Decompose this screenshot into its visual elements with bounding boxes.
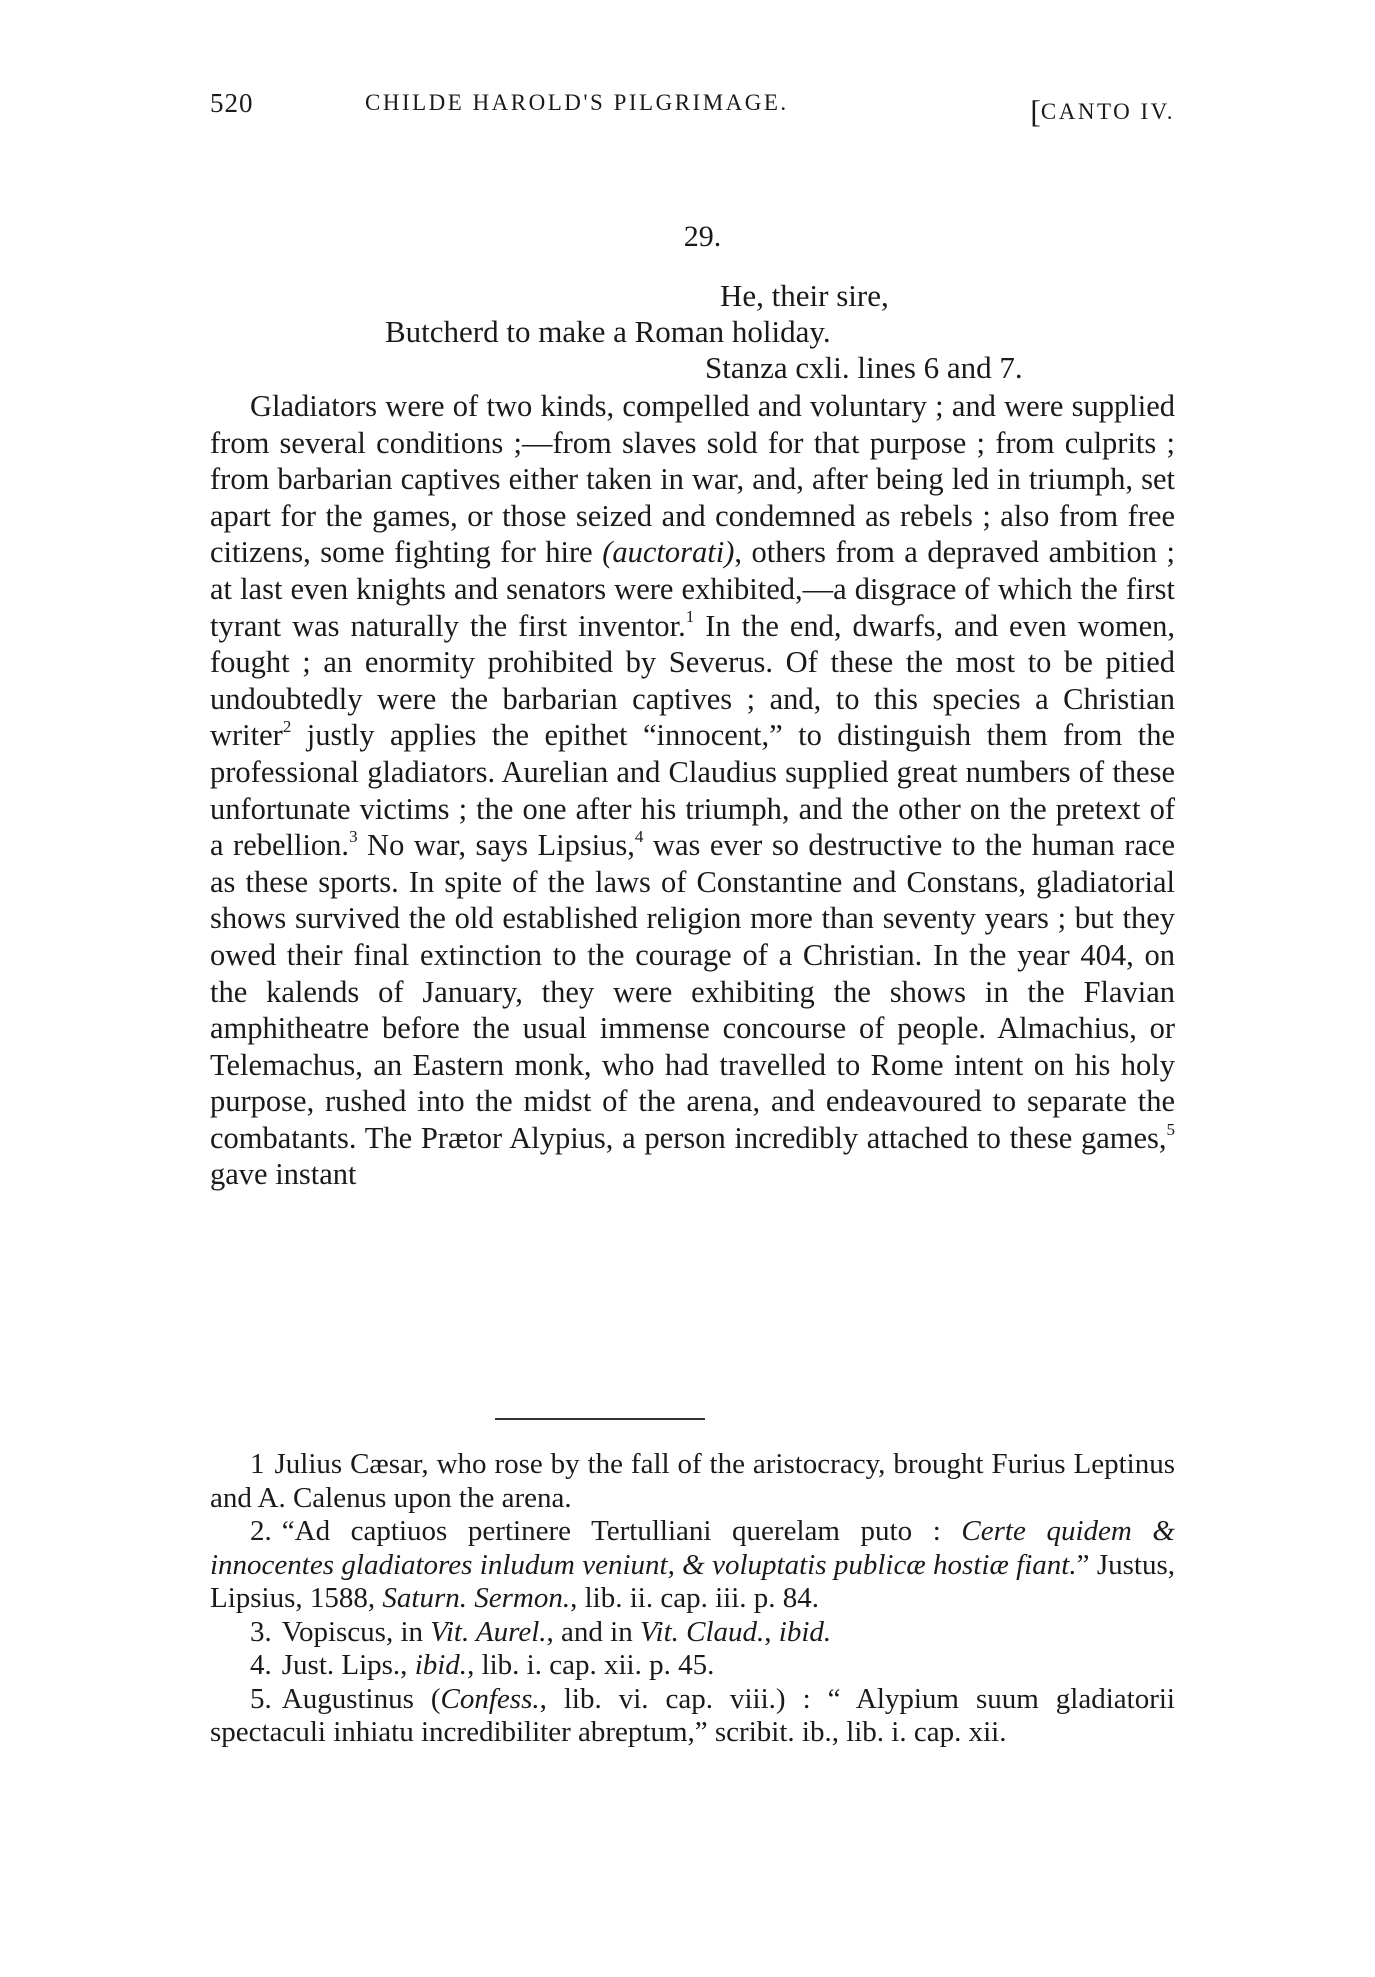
footnote-italic-ibid: ibid. — [415, 1649, 467, 1681]
body-italic-auctorati: (auctorati) — [602, 535, 734, 569]
footnote-italic-ibid: ibid. — [779, 1616, 831, 1648]
footnotes: 1Julius Cæsar, who rose by the fall of t… — [210, 1448, 1175, 1750]
page-number: 520 — [210, 88, 254, 119]
footnote-ref-4[interactable]: 4 — [635, 827, 644, 846]
footnote-4: 4.Just. Lips., ibid., lib. i. cap. xii. … — [210, 1649, 1175, 1683]
note-number: 29. — [210, 220, 1175, 254]
canto-label: [CANTO IV. — [1030, 90, 1175, 127]
footnote-italic-title: Vit. Claud. — [640, 1616, 764, 1648]
book-title: CHILDE HAROLD'S PILGRIMAGE. — [365, 90, 789, 116]
footnote-number: 2. — [250, 1515, 272, 1547]
footnote-3: 3.Vopiscus, in Vit. Aurel., and in Vit. … — [210, 1616, 1175, 1650]
verse-line-2: Butcherd to make a Roman holiday. — [385, 314, 831, 350]
body-text-7: gave instant — [210, 1157, 357, 1191]
canto-text: CANTO IV. — [1041, 99, 1175, 124]
footnote-text: Just. Lips., — [282, 1649, 415, 1681]
footnote-number: 1 — [250, 1448, 265, 1480]
footnote-text: , lib. ii. cap. iii. p. 84. — [570, 1582, 819, 1614]
footnote-text: “Ad captiuos pertinere Tertulliani quere… — [282, 1515, 962, 1547]
footnote-ref-2[interactable]: 2 — [283, 717, 292, 736]
footnote-text: , and in — [547, 1616, 640, 1648]
body-text-6: was ever so destructive to the human rac… — [210, 828, 1175, 1155]
footnote-ref-5[interactable]: 5 — [1167, 1120, 1176, 1139]
footnote-text: Julius Cæsar, who rose by the fall of th… — [210, 1448, 1175, 1514]
footnote-divider — [495, 1418, 705, 1420]
verse-reference: Stanza cxli. lines 6 and 7. — [705, 350, 1023, 386]
footnote-ref-3[interactable]: 3 — [349, 827, 358, 846]
footnote-5: 5.Augustinus (Confess., lib. vi. cap. vi… — [210, 1683, 1175, 1750]
note-body-paragraph: Gladiators were of two kinds, compelled … — [210, 388, 1175, 1193]
footnote-number: 4. — [250, 1649, 272, 1681]
running-head: 520 CHILDE HAROLD'S PILGRIMAGE. [CANTO I… — [210, 88, 1175, 128]
footnote-text: Vopiscus, in — [282, 1616, 431, 1648]
body-text-5: No war, says Lipsius, — [358, 828, 635, 862]
footnote-1: 1Julius Cæsar, who rose by the fall of t… — [210, 1448, 1175, 1515]
footnote-text: Augustinus ( — [282, 1683, 441, 1715]
footnote-italic-title: Confess. — [441, 1683, 540, 1715]
bracket-glyph: [ — [1030, 93, 1041, 129]
footnote-italic-title: Saturn. Sermon. — [382, 1582, 570, 1614]
verse-line-1: He, their sire, — [720, 278, 889, 314]
footnote-number: 5. — [250, 1683, 272, 1715]
footnote-text: , lib. i. cap. xii. p. 45. — [467, 1649, 714, 1681]
footnote-italic-title: Vit. Aurel. — [430, 1616, 546, 1648]
footnote-ref-1[interactable]: 1 — [686, 607, 695, 626]
footnote-text: , — [764, 1616, 779, 1648]
footnote-2: 2.“Ad captiuos pertinere Tertulliani que… — [210, 1515, 1175, 1616]
footnote-number: 3. — [250, 1616, 272, 1648]
